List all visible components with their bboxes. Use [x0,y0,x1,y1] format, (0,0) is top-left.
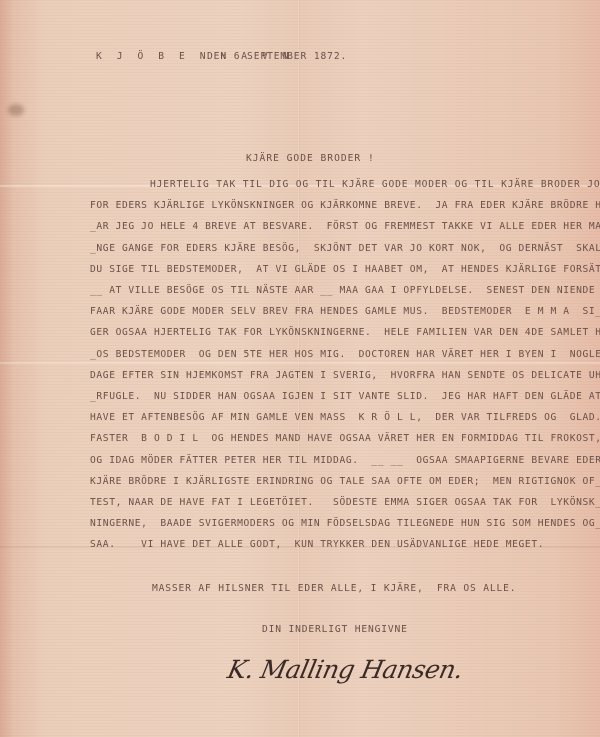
letter-body-line: GER OGSAA HJERTELIG TAK FOR LYKÖNSKNINGE… [90,328,600,338]
letter-body-line: TEST, NAAR DE HAVE FAT I LEGETÖIET. SÖDE… [90,498,600,508]
letter-body-line: _AR JEG JO HELE 4 BREVE AT BESVARE. FÖRS… [90,222,600,232]
letter-body-line: _OS BEDSTEMODER OG DEN 5TE HER HOS MIG. … [90,350,600,360]
letter-body-line: SAA. VI HAVE DET ALLE GODT, KUN TRYKKER … [90,540,544,550]
letter-closing-greeting: MASSER AF HILSNER TIL EDER ALLE, I KJÄRE… [152,584,516,594]
letter-body-line: FASTER B O D I L OG HENDES MAND HAVE OGS… [90,434,600,444]
ink-stain [8,104,24,116]
letter-body-line: HJERTELIG TAK TIL DIG OG TIL KJÄRE GODE … [150,180,600,190]
letter-body-line: OG IDAG MÖDER FÄTTER PETER HER TIL MIDDA… [90,456,600,466]
letter-body-line: FOR EDERS KJÄRLIGE LYKÖNSKNINGER OG KJÄR… [90,201,600,211]
letter-body-line: _NGE GANGE FOR EDERS KJÄRE BESÖG, SKJÖNT… [90,244,600,254]
handwritten-signature: K. Malling Hansen. [225,655,466,684]
letter-body-line: HAVE ET AFTENBESÖG AF MIN GAMLE VEN MASS… [90,413,600,423]
letter-date: DEN 6 SEPTEMBER 1872. [207,52,347,62]
letter-valediction: DIN INDERLIGT HENGIVNE [262,625,408,635]
letter-body-line: __ AT VILLE BESÖGE OS TIL NÄSTE AAR __ M… [90,286,595,296]
letter-body-line: FAAR KJÄRE GODE MODER SELV BREV FRA HEND… [90,307,600,317]
letter-salutation: KJÄRE GODE BRODER ! [246,154,375,164]
fold-line-horizontal [0,362,600,364]
letter-body-line: KJÄRE BRÖDRE I KJÄRLIGSTE ERINDRING OG T… [90,477,600,487]
letter-body-line: DU SIGE TIL BEDSTEMODER, AT VI GLÄDE OS … [90,265,600,275]
letter-body-line: DAGE EFTER SIN HJEMKOMST FRA JAGTEN I SV… [90,371,600,381]
letter-body-line: NINGERNE, BAADE SVIGERMODERS OG MIN FÖDS… [90,519,600,529]
letter-body-line: _RFUGLE. NU SIDDER HAN OGSAA IGJEN I SIT… [90,392,600,402]
